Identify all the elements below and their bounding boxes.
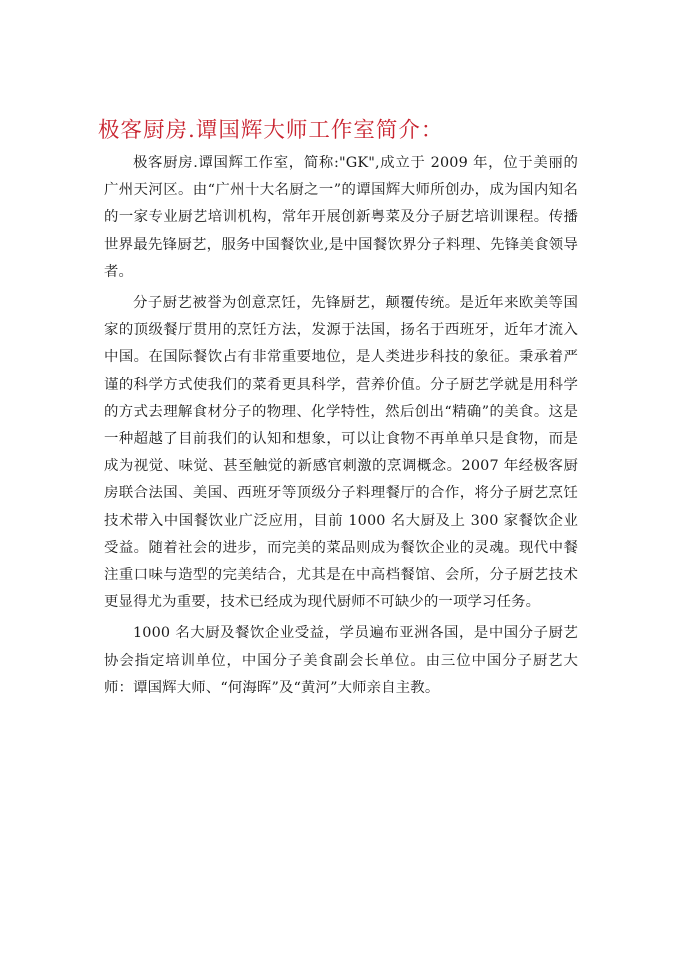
document-page: 极客厨房.谭国辉大师工作室简介： 极客厨房.谭国辉工作室，简称:"GK",成立于… [104,116,578,706]
paragraph-students: 1000 名大厨及餐饮企业受益，学员遍布亚洲各国，是中国分子厨艺协会指定培训单位… [104,620,578,702]
document-title: 极客厨房.谭国辉大师工作室简介： [98,116,578,146]
paragraph-molecular-cuisine: 分子厨艺被誉为创意烹饪，先锋厨艺，颠覆传统。是近年来欧美等国家的顶级餐厅贯用的烹… [104,290,578,616]
paragraph-intro: 极客厨房.谭国辉工作室，简称:"GK",成立于 2009 年，位于美丽的广州天河… [104,150,578,286]
